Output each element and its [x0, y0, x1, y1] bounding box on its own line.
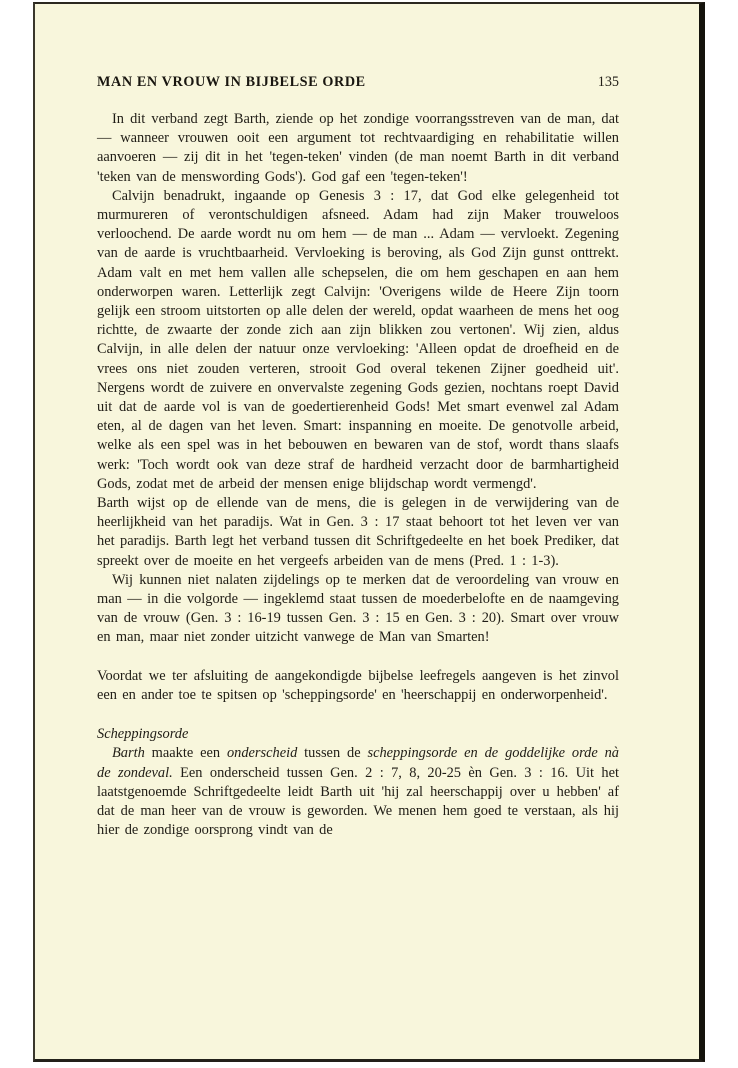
text-segment-italic: Barth — [112, 745, 145, 761]
page-content: MAN EN VROUW IN BIJBELSE ORDE 135 In dit… — [97, 73, 619, 840]
section-paragraph: Barth maakte een onderscheid tussen de s… — [97, 744, 619, 840]
text-segment-roman: maakte een — [145, 745, 227, 761]
text-segment-roman: tussen de — [297, 745, 367, 761]
running-header: MAN EN VROUW IN BIJBELSE ORDE 135 — [97, 73, 619, 91]
paragraph-barth-tegenteken: In dit verband zegt Barth, ziende op het… — [97, 110, 619, 187]
running-header-title: MAN EN VROUW IN BIJBELSE ORDE — [97, 73, 366, 91]
closing-paragraph: Voordat we ter afsluiting de aangekondig… — [97, 667, 619, 705]
section-heading-scheppingsorde: Scheppingsorde — [97, 725, 619, 744]
text-segment-italic: onderscheid — [227, 745, 297, 761]
paragraph-calvijn-genesis: Calvijn benadrukt, ingaande op Genesis 3… — [97, 187, 619, 494]
paragraph-veroordeling: Wij kunnen niet nalaten zijdelings op te… — [97, 571, 619, 648]
page-number: 135 — [598, 73, 619, 91]
book-page: MAN EN VROUW IN BIJBELSE ORDE 135 In dit… — [33, 2, 705, 1062]
scan-surface: MAN EN VROUW IN BIJBELSE ORDE 135 In dit… — [0, 0, 738, 1068]
text-segment-roman: Een onderscheid tussen Gen. 2 : 7, 8, 20… — [97, 765, 619, 839]
paragraph-barth-ellende: Barth wijst op de ellende van de mens, d… — [97, 494, 619, 571]
